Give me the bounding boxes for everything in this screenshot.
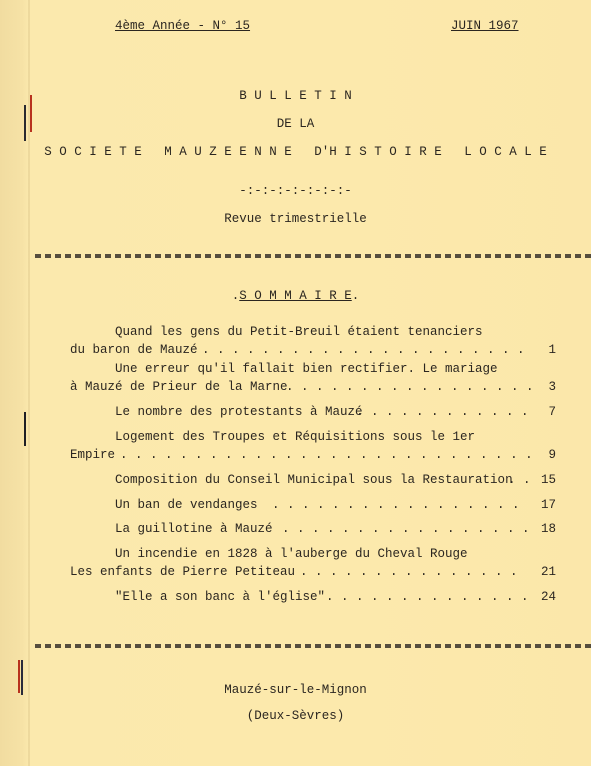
title-society: S O C I E T E M A U Z E E N N E D'H I S … — [0, 145, 591, 159]
title-bulletin: B U L L E T I N — [0, 89, 591, 103]
toc-entry-1-line1: Quand les gens du Petit-Breuil étaient t… — [115, 325, 483, 339]
toc-entry-4-page: 9 — [526, 448, 556, 462]
toc-entry-6-line1: Un ban de vendanges — [115, 498, 258, 512]
toc-entry-5-line1: Composition du Conseil Municipal sous la… — [115, 473, 513, 487]
toc-entry-8-line1: Un incendie en 1828 à l'auberge du Cheva… — [115, 547, 468, 561]
ornament: -:-:-:-:-:-:-:- — [0, 184, 591, 198]
toc-entry-2-line1: Une erreur qu'il fallait bien rectifier.… — [115, 362, 498, 376]
toc-entry-8-page: 21 — [526, 565, 556, 579]
toc-leader-dots: . . . . . . . . . . . . . . . . . . . . … — [282, 522, 527, 536]
issue-date: JUIN 1967 — [451, 19, 519, 33]
toc-entry-7-line1: La guillotine à Mauzé — [115, 522, 273, 536]
title-de-la: DE LA — [0, 117, 591, 131]
toc-leader-dots: . . . . . . . . . . . . . . . . . . . . … — [286, 380, 532, 394]
toc-entry-9-line1: "Elle a son banc à l'église" — [115, 590, 325, 604]
separator-top — [35, 254, 591, 258]
toc-entry-3-page: 7 — [526, 405, 556, 419]
staple-mark-middle — [24, 412, 26, 446]
toc-leader-dots: . . . . . . . . . . . . . . . . . . . . … — [356, 405, 532, 419]
toc-entry-4-line1: Logement des Troupes et Réquisitions sou… — [115, 430, 475, 444]
toc-entry-1-page: 1 — [526, 343, 556, 357]
toc-entry-2-page: 3 — [526, 380, 556, 394]
toc-entry-8-line2: Les enfants de Pierre Petiteau — [70, 565, 295, 579]
toc-entry-1-line2: du baron de Mauzé — [70, 343, 198, 357]
sommaire-heading-text: S O M M A I R E — [239, 289, 352, 303]
toc-leader-dots: . . . . . . . . . . . . . . . . . . . . … — [202, 343, 532, 357]
toc-leader-dots: . . . . . . . . . . . . . . . . . . . . … — [326, 590, 527, 604]
separator-bottom — [35, 644, 591, 648]
toc-entry-6-page: 17 — [526, 498, 556, 512]
footer-region: (Deux-Sèvres) — [0, 709, 591, 723]
toc-entry-3-line1: Le nombre des protestants à Mauzé — [115, 405, 363, 419]
toc-entry-4-line2: Empire — [70, 448, 115, 462]
toc-leader-dots: . . . . . . . . . . . . . . . . . . . . … — [272, 498, 527, 512]
document-page: 4ème Année - N° 15 JUIN 1967 B U L L E T… — [0, 0, 591, 766]
footer-place: Mauzé-sur-le-Mignon — [0, 683, 591, 697]
sommaire-heading: .S O M M A I R E. — [0, 289, 591, 303]
subtitle: Revue trimestrielle — [0, 212, 591, 226]
toc-leader-dots: . . . . . . . . . . . . . . . . . . . . … — [300, 565, 527, 579]
toc-entry-2-line2: à Mauzé de Prieur de la Marne — [70, 380, 288, 394]
issue-number: 4ème Année - N° 15 — [115, 19, 250, 33]
toc-leader-dots: . . . . . . . . . . . . . . . . . . . . … — [120, 448, 532, 462]
toc-entry-9-page: 24 — [526, 590, 556, 604]
toc-entry-5-page: 15 — [526, 473, 556, 487]
toc-entry-7-page: 18 — [526, 522, 556, 536]
